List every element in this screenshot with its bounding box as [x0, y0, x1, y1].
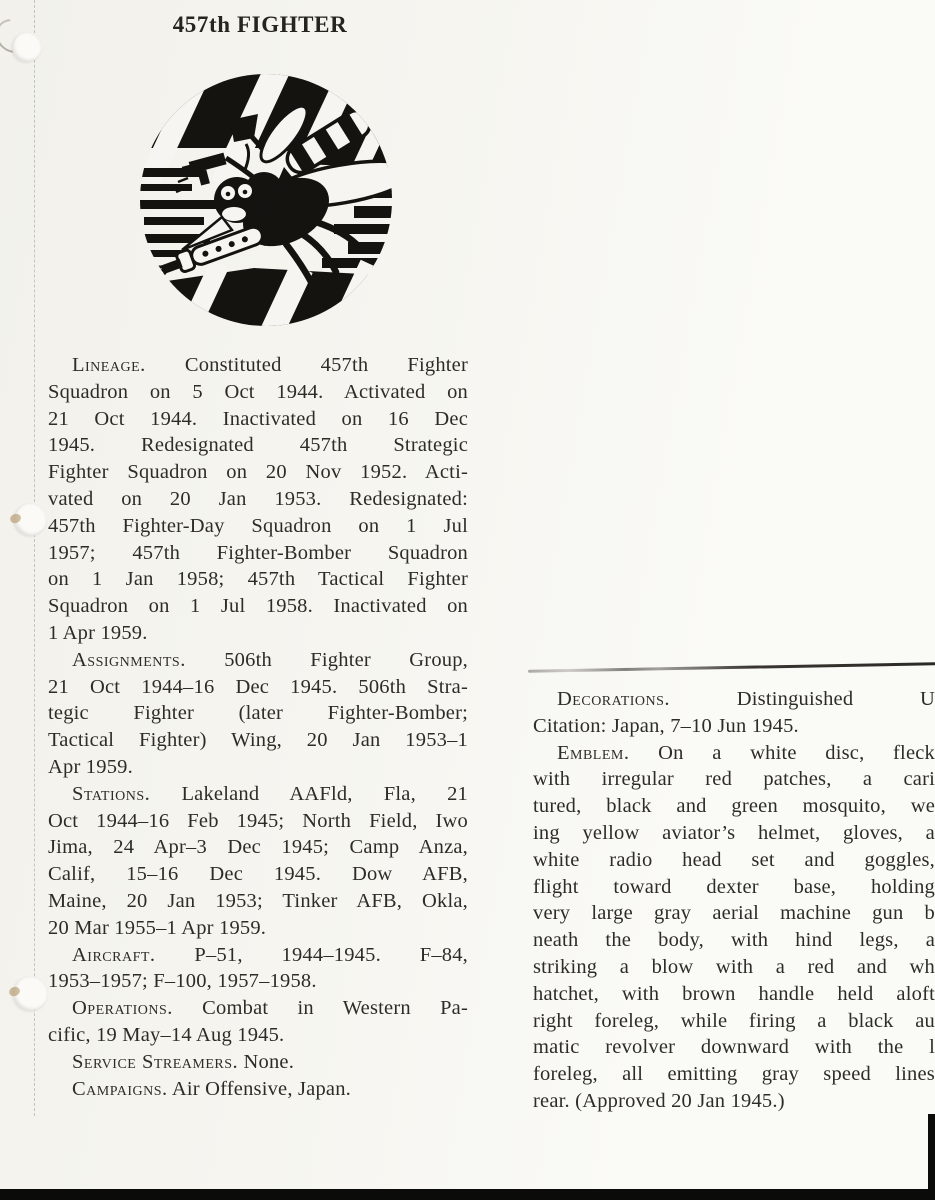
assignments-paragraph: Assignments. 506th Fighter Group, 21 Oct… — [48, 647, 468, 781]
emblem-paragraph: Emblem. On a white disc, fleck with irre… — [533, 740, 935, 1115]
text-line: Aircraft. P–51, 1944–1945. F–84, — [48, 942, 468, 969]
scan-edge-bar-right — [928, 1114, 935, 1200]
column-top-rule — [528, 662, 935, 672]
text-line: Maine, 20 Jan 1953; Tinker AFB, Okla, — [48, 888, 468, 915]
campaigns-paragraph: Campaigns. Air Offensive, Japan. — [48, 1076, 468, 1103]
text-line: Campaigns. Air Offensive, Japan. — [48, 1076, 468, 1103]
text-line: on 1 Jan 1958; 457th Tactical Fighter — [48, 566, 468, 593]
text-line: Oct 1944–16 Feb 1945; North Field, Iwo — [48, 808, 468, 835]
section-heading-assignments: Assignments. — [72, 649, 186, 671]
text-line: Service Streamers. None. — [48, 1049, 468, 1076]
right-column: Decorations. Distinguished U Citation: J… — [533, 686, 935, 1115]
text-line: Lineage. Constituted 457th Fighter — [48, 352, 468, 379]
section-heading-aircraft: Aircraft. — [72, 944, 156, 966]
text-line: right foreleg, while firing a black au — [533, 1008, 935, 1035]
section-heading-stations: Stations. — [72, 783, 150, 805]
punch-hole-top — [12, 32, 42, 62]
aircraft-paragraph: Aircraft. P–51, 1944–1945. F–84, 1953–19… — [48, 942, 468, 996]
text-line: 457th Fighter-Day Squadron on 1 Jul — [48, 513, 468, 540]
text-line: Decorations. Distinguished U — [533, 686, 935, 713]
decorations-paragraph: Decorations. Distinguished U Citation: J… — [533, 686, 935, 740]
stations-paragraph: Stations. Lakeland AAFld, Fla, 21 Oct 19… — [48, 781, 468, 942]
punch-hole-middle — [14, 503, 47, 536]
paper-fleck — [8, 985, 21, 997]
lineage-paragraph: Lineage. Constituted 457th Fighter Squad… — [48, 352, 468, 647]
text-line: vated on 20 Jan 1953. Redesignated: — [48, 486, 468, 513]
page-margin-guide-line — [34, 0, 35, 1116]
text-line: 1953–1957; F–100, 1957–1958. — [48, 968, 468, 995]
text-line: cific, 19 May–14 Aug 1945. — [48, 1022, 468, 1049]
operations-paragraph: Operations. Combat in Western Pa- cific,… — [48, 995, 468, 1049]
text-line: matic revolver downward with the l — [533, 1034, 935, 1061]
punch-hole-bottom — [13, 976, 48, 1011]
paper-fleck — [9, 512, 22, 524]
text-line: rear. (Approved 20 Jan 1945.) — [533, 1088, 935, 1115]
text-line: Jima, 24 Apr–3 Dec 1945; Camp Anza, — [48, 834, 468, 861]
text-line: 21 Oct 1944. Inactivated on 16 Dec — [48, 406, 468, 433]
text-line: Operations. Combat in Western Pa- — [48, 995, 468, 1022]
section-heading-service-streamers: Service Streamers. — [72, 1051, 238, 1073]
section-heading-emblem: Emblem. — [557, 742, 630, 764]
text-line: Assignments. 506th Fighter Group, — [48, 647, 468, 674]
text-line: striking a blow with a red and wh — [533, 954, 935, 981]
text-line: Squadron on 5 Oct 1944. Activated on — [48, 379, 468, 406]
text-line: ing yellow aviator’s helmet, gloves, a — [533, 820, 935, 847]
text-line: Emblem. On a white disc, fleck — [533, 740, 935, 767]
text-line: neath the body, with hind legs, a — [533, 927, 935, 954]
left-column: Lineage. Constituted 457th Fighter Squad… — [48, 352, 468, 1102]
text-line: Citation: Japan, 7–10 Jun 1945. — [533, 713, 935, 740]
section-heading-decorations: Decorations. — [557, 688, 670, 710]
text-line: with irregular red patches, a cari — [533, 766, 935, 793]
service-streamers-paragraph: Service Streamers. None. — [48, 1049, 468, 1076]
text-line: Stations. Lakeland AAFld, Fla, 21 — [48, 781, 468, 808]
text-line: Squadron on 1 Jul 1958. Inactivated on — [48, 593, 468, 620]
text-line: 1945. Redesignated 457th Strategic — [48, 432, 468, 459]
section-heading-operations: Operations. — [72, 997, 173, 1019]
scan-edge-bar-bottom — [0, 1189, 935, 1200]
section-heading-campaigns: Campaigns. — [72, 1078, 168, 1100]
text-line: Tactical Fighter) Wing, 20 Jan 1953–1 — [48, 727, 468, 754]
text-line: hatchet, with brown handle held aloft — [533, 981, 935, 1008]
text-line: Calif, 15–16 Dec 1945. Dow AFB, — [48, 861, 468, 888]
text-line: flight toward dexter base, holding — [533, 874, 935, 901]
text-line: very large gray aerial machine gun b — [533, 900, 935, 927]
text-line: 20 Mar 1955–1 Apr 1959. — [48, 915, 468, 942]
text-line: tegic Fighter (later Fighter-Bomber; — [48, 700, 468, 727]
text-line: Apr 1959. — [48, 754, 468, 781]
text-line: Fighter Squadron on 20 Nov 1952. Acti- — [48, 459, 468, 486]
squadron-emblem-illustration — [134, 72, 398, 328]
section-heading-lineage: Lineage. — [72, 354, 146, 376]
page-title: 457th FIGHTER — [48, 12, 472, 38]
text-line: 1 Apr 1959. — [48, 620, 468, 647]
text-line: 21 Oct 1944–16 Dec 1945. 506th Stra- — [48, 674, 468, 701]
text-line: tured, black and green mosquito, we — [533, 793, 935, 820]
text-line: 1957; 457th Fighter-Bomber Squadron — [48, 540, 468, 567]
text-line: white radio head set and goggles, — [533, 847, 935, 874]
text-line: foreleg, all emitting gray speed lines — [533, 1061, 935, 1088]
